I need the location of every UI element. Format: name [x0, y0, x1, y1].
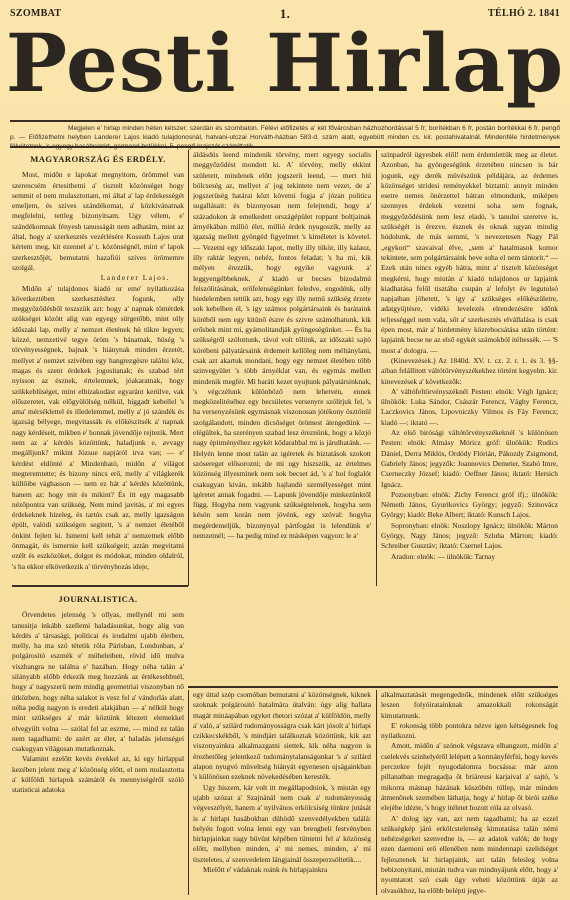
column-divider [376, 150, 377, 586]
journalistica-text-2b: Ugy hiszem, kár volt itt megállapodniok,… [193, 783, 371, 865]
appointments-intro: (Kinevezések.) Az 1840d. XV. t. cz. 2. r… [381, 356, 558, 387]
column-1-upper: MAGYARORSZÁG ÉS ERDÉLY. Most, midőn e la… [12, 150, 184, 582]
column-divider [188, 150, 189, 586]
section-heading-magyarorszag: MAGYARORSZÁG ÉS ERDÉLY. [12, 154, 184, 164]
publisher-intro: Most, midőn e lapokat megnyitom, örömmel… [12, 170, 184, 273]
appointment-pest-high: A' váltófeltörvényszéknél Pesten: elnök:… [381, 387, 558, 428]
journalistica-text-3: alkalmaztatását megengednők, mindenek el… [381, 690, 558, 721]
column-3-upper: szinpadról ügyesbek elől! nem érdemlettü… [381, 150, 558, 586]
notice-rule [10, 146, 560, 148]
journalistica-text-3b: E' rokonság több pontokra nézve igen két… [381, 721, 558, 742]
newspaper-page: SZOMBAT 1. TÉLHÓ 2. 1841 Pesti Hirlap Me… [0, 0, 570, 900]
column-2-lower: egy úttal szép csomóban bemutatni a' köz… [193, 690, 371, 895]
section-rule [188, 686, 558, 688]
appointment-pest-first: Az első birósági váltótörvényszékeknél '… [381, 428, 558, 490]
column-1-lower: JOURNALISTICA. Örvendetes jelenség 's ol… [12, 590, 184, 895]
journalistica-text-3c: Amott, midőn a' szónok végszava elhangzo… [381, 741, 558, 813]
editorial-text-1: Midőn a' tulajdonos kiadó ur eme' nyilat… [12, 284, 184, 572]
section-rule [12, 585, 188, 587]
column-divider [188, 690, 189, 895]
appointment-sopron: Sopronyban: elnök: Noszlopy Ignácz; ülnö… [381, 521, 558, 552]
journalistica-text-2: egy úttal szép csomóban bemutatni a' köz… [193, 690, 371, 783]
journalistica-text-3d: A' dolog igy van, azt nem tagadhatni; ha… [381, 814, 558, 895]
journalistica-text-2c: Mielőtt e' vádaknak reánk és hirlapjaink… [193, 865, 371, 875]
column-2-upper: áldásdús leend mindenik törvény, mert eg… [193, 150, 371, 586]
masthead-rule [10, 120, 560, 122]
appointment-arad: Aradon: elnök: — ülnökök: Tarnay [381, 552, 558, 562]
column-divider [376, 690, 377, 895]
journalistica-text-1b: Valamint ezelőtt kevés évekkel az, ki eg… [12, 754, 184, 795]
publisher-signature: Landerer Lajos. [12, 273, 184, 283]
column-3-lower: alkalmaztatását megengednők, mindenek el… [381, 690, 558, 895]
section-heading-journalistica: JOURNALISTICA. [12, 594, 184, 604]
editorial-text-2: áldásdús leend mindenik törvény, mert eg… [193, 150, 371, 541]
masthead-title: Pesti Hirlap [0, 22, 570, 104]
journalistica-text-1: Örvendetes jelenség 's ollyas, mellynél … [12, 610, 184, 754]
editorial-text-3: szinpadról ügyesbek elől! nem érdemlettü… [381, 150, 558, 356]
appointment-pozsony: Pozsonyban: elnök: Zichy Ferencz gróf if… [381, 490, 558, 521]
